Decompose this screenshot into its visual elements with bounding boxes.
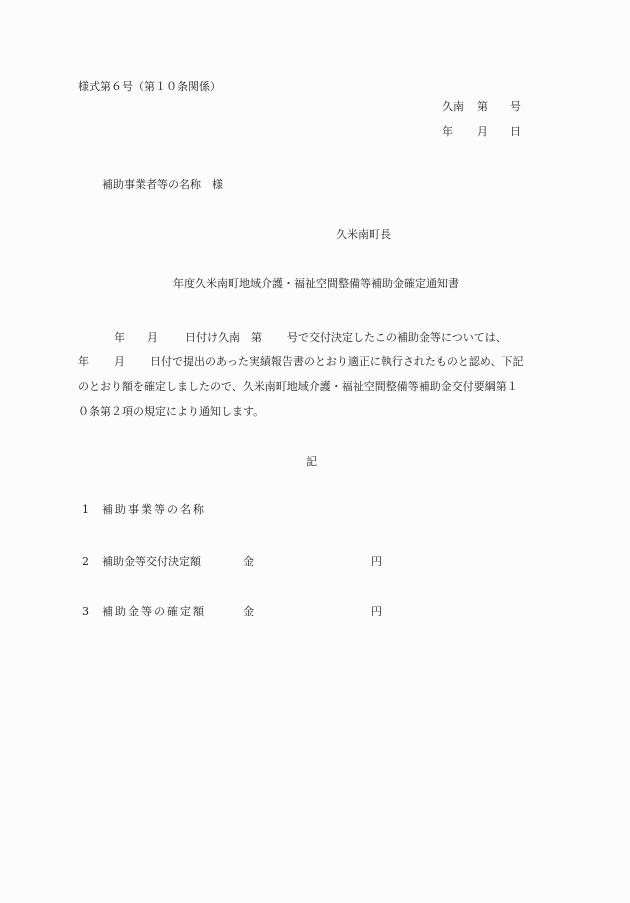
body-line1-text-b: 号で交付決定したこの補助金等については、 [287, 331, 507, 345]
date-year: 年 [442, 125, 453, 139]
item-kin: 金 [243, 605, 254, 619]
body-line2-text: 日付で提出のあった実績報告書のとおり適正に執行されたものと認め、下記 [150, 355, 523, 369]
sender: 久米南町長 [336, 228, 391, 242]
ki-heading: 記 [306, 455, 317, 469]
body-line1-text-a: 日付け久南 第 [185, 331, 262, 345]
body-line1-year: 年 [114, 331, 125, 345]
form-label: 様式第６号（第１０条関係） [78, 80, 221, 94]
body-line1-month: 月 [147, 331, 158, 345]
date-month: 月 [477, 125, 488, 139]
item-number: 1 [82, 503, 89, 517]
item-number: 2 [82, 555, 89, 569]
item-label: 補助金等交付決定額 [102, 555, 201, 569]
date-day: 日 [510, 125, 521, 139]
item-yen: 円 [371, 555, 382, 569]
item-yen: 円 [371, 605, 382, 619]
addressee: 補助事業者等の名称 様 [102, 178, 223, 192]
item-label: 補助金等の確定額 [102, 605, 206, 619]
reference-go: 号 [510, 100, 521, 114]
item-label: 補助事業等の名称 [102, 503, 206, 517]
body-line4-text: ０条第２項の規定により通知します。 [78, 405, 264, 419]
reference-dai: 第 [477, 100, 488, 114]
reference-prefix: 久南 [442, 100, 464, 114]
body-line2-month: 月 [114, 355, 125, 369]
item-number: 3 [82, 605, 89, 619]
body-line3-text: のとおり額を確定しましたので、久米南町地域介護・福祉空間整備等補助金交付要綱第１ [78, 380, 518, 394]
document-title: 年度久米南町地域介護・福祉空間整備等補助金確定通知書 [173, 277, 459, 291]
body-line2-year: 年 [78, 355, 89, 369]
item-kin: 金 [243, 555, 254, 569]
